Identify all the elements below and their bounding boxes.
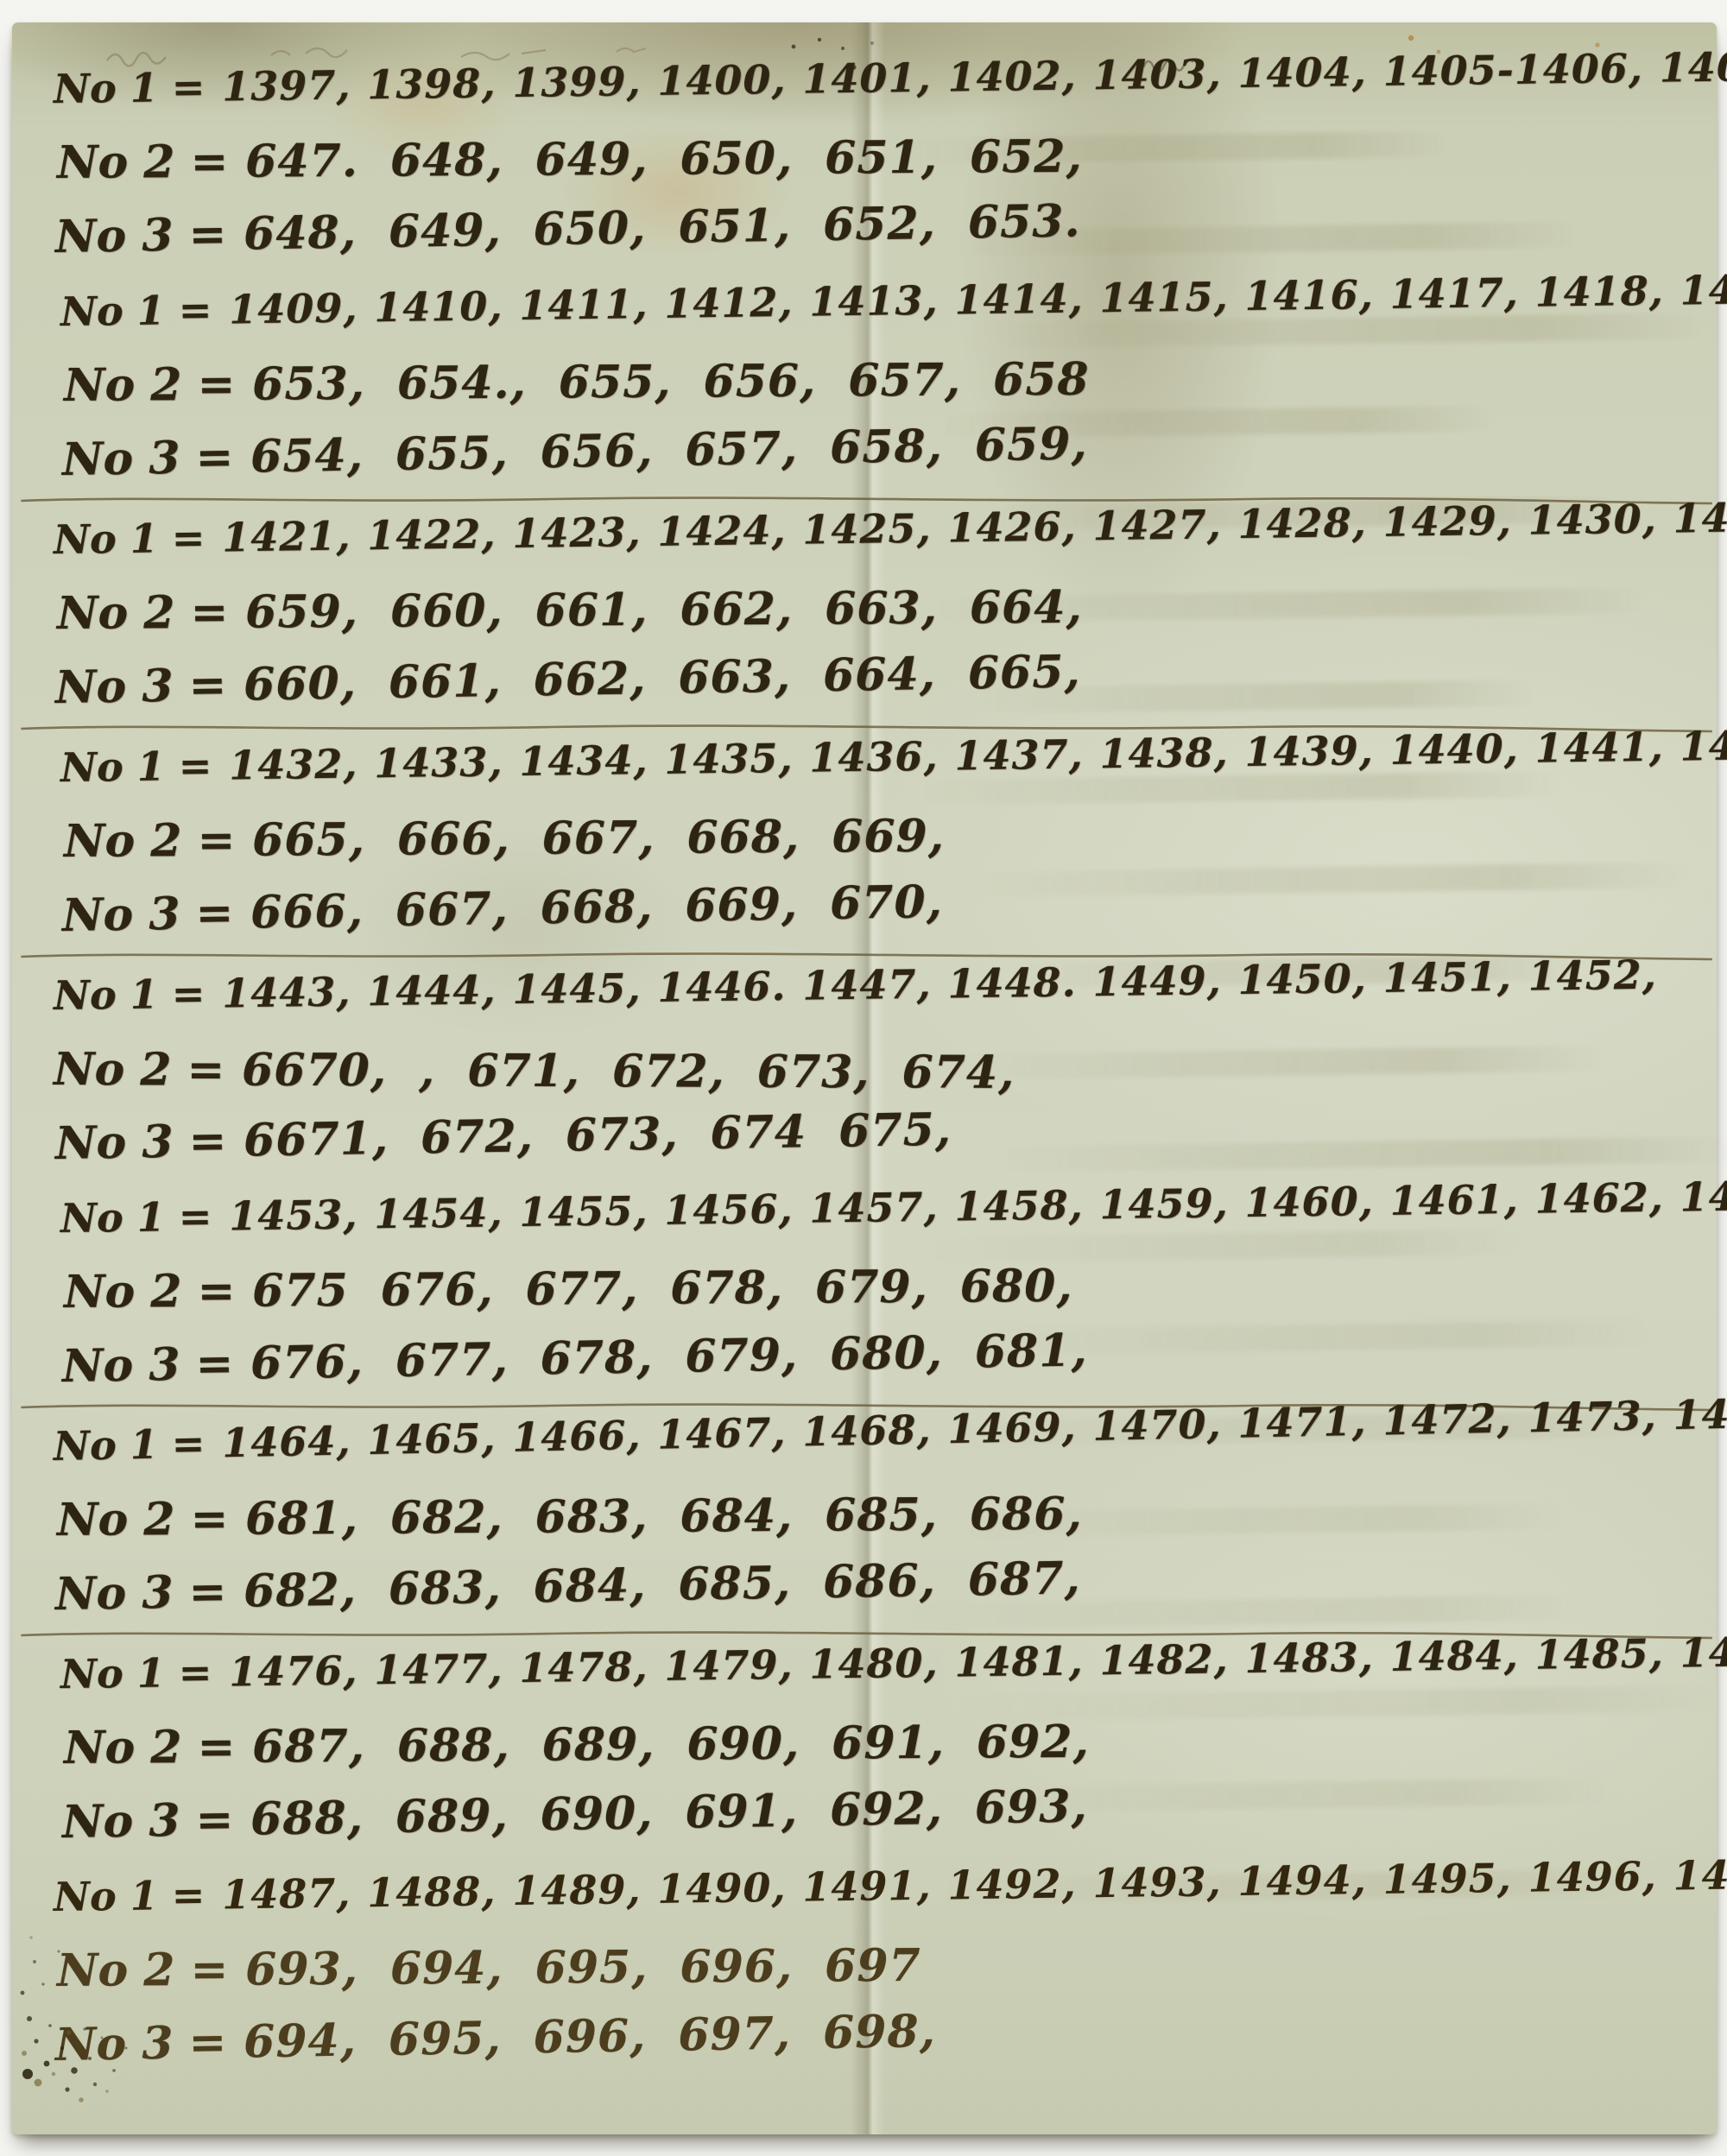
line-values: 1397, 1398, 1399, 1400, 1401, 1402, 1403… <box>222 41 1727 111</box>
line-label: No 2 = <box>57 586 229 640</box>
line-label: No 1 = <box>60 287 212 335</box>
line-values: 1487, 1488, 1489, 1490, 1491, 1492, 1493… <box>222 1850 1727 1918</box>
entry-group: No 1 =1443, 1444, 1445, 1446. 1447, 1448… <box>54 958 1717 1181</box>
line-label: No 2 = <box>64 814 236 868</box>
line-label: No 2 = <box>54 1043 225 1097</box>
line-values: 653, 654., 655, 656, 657, 658 <box>252 353 1090 411</box>
line-values: 1409, 1410, 1411, 1412, 1413, 1414, 1415… <box>229 263 1727 332</box>
entry-group: No 1 =1453, 1454, 1455, 1456, 1457, 1458… <box>54 1181 1717 1407</box>
line-label: No 3 = <box>62 887 234 942</box>
line-label: No 3 = <box>55 2016 227 2071</box>
entry-group: No 1 =1397, 1398, 1399, 1400, 1401, 1402… <box>54 52 1717 275</box>
line-values: 693, 694, 695, 696, 697 <box>245 1939 921 1996</box>
line-values: 1443, 1444, 1445, 1446. 1447, 1448. 1449… <box>222 952 1657 1017</box>
line-label: No 1 = <box>54 64 206 112</box>
entry-group: No 1 =1409, 1410, 1411, 1412, 1413, 1414… <box>54 275 1717 501</box>
line-label: No 2 = <box>64 358 236 412</box>
line-values: 6671, 672, 673, 674 675, <box>244 1103 952 1167</box>
line-label: No 1 = <box>54 515 206 563</box>
line-label: No 1 = <box>60 1649 212 1698</box>
manuscript-text: No 1 =1397, 1398, 1399, 1400, 1401, 1402… <box>12 22 1717 2134</box>
entry-group: No 1 =1432, 1433, 1434, 1435, 1436, 1437… <box>54 730 1717 957</box>
line-values: 647. 648, 649, 650, 651, 652, <box>245 130 1083 188</box>
line-label: No 1 = <box>53 1420 205 1470</box>
line-label: No 2 = <box>57 136 229 189</box>
line-values: 6670, , 671, 672, 673, 674, <box>242 1044 1015 1099</box>
line-values: 688, 689, 690, 691, 692, 693, <box>250 1780 1088 1845</box>
line-values: 660, 661, 662, 663, 664, 665, <box>244 645 1081 711</box>
line-values: 1432, 1433, 1434, 1435, 1436, 1437, 1438… <box>229 721 1727 788</box>
line-label: No 1 = <box>60 1193 212 1242</box>
scan-background: No 1 =1397, 1398, 1399, 1400, 1401, 1402… <box>0 0 1727 2156</box>
line-label: No 3 = <box>55 1115 227 1170</box>
line-label: No 3 = <box>55 208 227 263</box>
line-values: 1421, 1422, 1423, 1424, 1425, 1426, 1427… <box>222 493 1727 560</box>
line-label: No 2 = <box>57 1493 229 1546</box>
line-label: No 3 = <box>62 431 234 486</box>
line-values: 681, 682, 683, 684, 685, 686, <box>245 1488 1083 1546</box>
line-values: 648, 649, 650, 651, 652, 653. <box>244 194 1081 260</box>
line-values: 1453, 1454, 1455, 1456, 1457, 1458, 1459… <box>229 1172 1727 1239</box>
line-label: No 2 = <box>57 1944 229 1997</box>
line-values: 659, 660, 661, 662, 663, 664, <box>245 581 1083 639</box>
manuscript-line: No 1 =1397, 1398, 1399, 1400, 1401, 1402… <box>53 30 1717 126</box>
line-values: 666, 667, 668, 669, 670, <box>250 876 944 939</box>
line-values: 687, 688, 689, 690, 691, 692, <box>252 1716 1090 1773</box>
entry-group: No 1 =1476, 1477, 1478, 1479, 1480, 1481… <box>54 1637 1717 1860</box>
line-label: No 3 = <box>62 1793 234 1849</box>
entry-group: No 1 =1421, 1422, 1423, 1424, 1425, 1426… <box>54 503 1717 729</box>
line-label: No 3 = <box>62 1337 234 1393</box>
line-values: 694, 695, 696, 697, 698, <box>244 2005 937 2069</box>
line-values: 1476, 1477, 1478, 1479, 1480, 1481, 1482… <box>229 1628 1727 1695</box>
line-label: No 1 = <box>54 1872 206 1920</box>
entry-group: No 1 =1464, 1465, 1466, 1467, 1468, 1469… <box>54 1409 1717 1635</box>
line-label: No 1 = <box>60 743 212 791</box>
line-label: No 1 = <box>54 971 206 1019</box>
line-label: No 3 = <box>55 1565 227 1621</box>
line-label: No 2 = <box>64 1265 236 1318</box>
line-values: 675 676, 677, 678, 679, 680, <box>252 1260 1073 1318</box>
line-values: 654, 655, 656, 657, 658, 659, <box>250 417 1088 483</box>
manuscript-page: No 1 =1397, 1398, 1399, 1400, 1401, 1402… <box>12 22 1717 2134</box>
line-label: No 3 = <box>55 659 227 714</box>
entry-group: No 1 =1487, 1488, 1489, 1490, 1491, 1492… <box>54 1860 1717 2083</box>
line-values: 676, 677, 678, 679, 680, 681, <box>250 1324 1088 1389</box>
line-label: No 2 = <box>64 1721 236 1774</box>
line-values: 682, 683, 684, 685, 686, 687, <box>244 1552 1081 1617</box>
line-values: 665, 666, 667, 668, 669, <box>252 810 945 867</box>
